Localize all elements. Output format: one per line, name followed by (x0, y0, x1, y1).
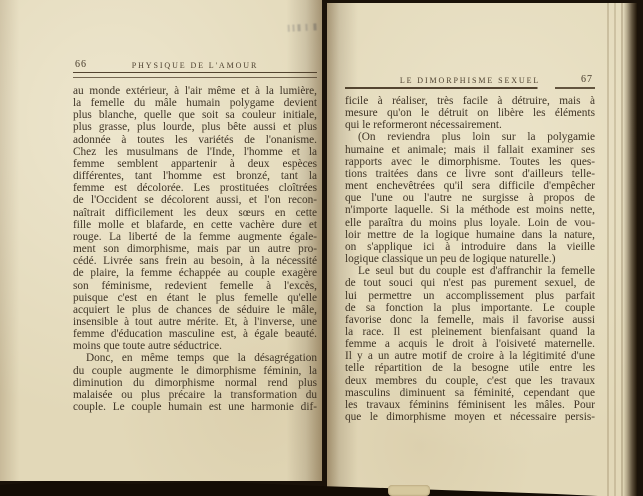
right-header-rule (345, 87, 595, 89)
left-page-header: 66 PHYSIQUE DE L'AMOUR (73, 59, 317, 71)
right-page: LE DIMORPHISME SEXUEL 67 ficile à réalis… (327, 3, 637, 496)
text-line: les travaux féminins féminisent les mâle… (345, 399, 595, 411)
text-line: elle paraîtra du moins plus loyale. Loin… (345, 217, 595, 229)
text-line: favorise donc la femelle, mais il favori… (345, 314, 595, 326)
text-line: son féminisme, redevient femelle à l'exc… (73, 280, 317, 292)
text-line: malaisée ou plus précaire la transformat… (73, 389, 317, 401)
text-line: femme est décolorée. Les prostituées clo… (73, 182, 317, 194)
text-line: rapports avec le dimorphisme. Toutes les… (345, 156, 595, 168)
book-spread: 66 PHYSIQUE DE L'AMOUR au monde extérieu… (0, 0, 643, 496)
left-page-number: 66 (75, 59, 87, 70)
text-line: naîtrait difficilement les deux sœurs en… (73, 207, 317, 219)
text-line: puisque c'est en étant le plus femelle q… (73, 292, 317, 304)
text-line: insensible à tout autre mérite. Et, à l'… (73, 316, 317, 328)
right-page-number: 67 (581, 74, 593, 85)
text-line: de tout souci qui n'est pas purement sex… (345, 277, 595, 289)
text-line: humaine et animale; mais il fallait exam… (345, 144, 595, 156)
text-line: ment enchevêtrées qu'il sera difficile d… (345, 180, 595, 192)
text-line: Chez les musulmans de l'Inde, l'homme et… (73, 146, 317, 158)
text-line: différentes, tant l'homme est bronzé, ta… (73, 170, 317, 182)
text-line: telle répartition de la besogne utile en… (345, 362, 595, 374)
text-line: adonnée à toutes les variétés de l'onani… (73, 134, 317, 146)
text-line: masculins diminuent sa féminité, cependa… (345, 387, 595, 399)
text-line: loir mettre de la logique humaine dans l… (345, 229, 595, 241)
left-running-title: PHYSIQUE DE L'AMOUR (73, 59, 317, 70)
text-line: (On reviendra plus loin sur la polygamie (345, 131, 595, 143)
text-line: Il y a un autre motif de croire à la lég… (345, 350, 595, 362)
text-line: la race. Il est pleinement bienfaisant q… (345, 326, 595, 338)
text-line: femme semblent appartenir à deux espèces (73, 158, 317, 170)
left-header-rule (73, 72, 317, 78)
text-line: Le seul but du couple est d'affranchir l… (345, 265, 595, 277)
left-text-column: au monde extérieur, à l'air même et à la… (73, 85, 317, 413)
text-line: n'importe laquelle. Si la méthode est mo… (345, 204, 595, 216)
text-line: qui le reformeront nécessairement. (345, 119, 595, 131)
text-line: fille molle et blafarde, en cette vachèr… (73, 219, 317, 231)
text-line: que le dimorphisme moyen et nécessaire p… (345, 411, 595, 423)
text-line: du couple augmente le dimorphisme fémini… (73, 365, 317, 377)
text-line: femme a acquis le droit à l'oisiveté mat… (345, 338, 595, 350)
text-line: de plaire, la femme échappée au couple e… (73, 267, 317, 279)
text-line: on s'applique ici à introduire dans la v… (345, 241, 595, 253)
text-line: plus blanche, quelle que soit sa couleur… (73, 109, 317, 121)
text-line: moins que toute autre séductrice. (73, 340, 317, 352)
text-line: la femelle du mâle humain polygame devie… (73, 97, 317, 109)
paper-stain (388, 485, 430, 496)
text-line: mesure qu'on le détruit on libère les él… (345, 107, 595, 119)
text-line: plus grasse, plus lourde, plus bête auss… (73, 121, 317, 133)
text-line: ficile à réaliser, très facile à détruir… (345, 95, 595, 107)
text-line: de sa fonction la plus importante. Le co… (345, 302, 595, 314)
right-page-header: LE DIMORPHISME SEXUEL 67 (345, 74, 595, 86)
text-line: deux membres du couple, c'est que les tr… (345, 375, 595, 387)
text-line: cédé. Livrée sans frein au besoin, à la … (73, 255, 317, 267)
text-line: rouge. La liberté de la femme augmente é… (73, 231, 317, 243)
text-line: acquiert le plus de chances de séduire l… (73, 304, 317, 316)
right-text-column: ficile à réaliser, très facile à détruir… (345, 95, 595, 423)
text-line: de l'Occident se décolorent aussi, et l'… (73, 194, 317, 206)
text-line: au monde extérieur, à l'air même et à la… (73, 85, 317, 97)
page-edge-stripes (601, 3, 637, 496)
text-line: tions traitées dans ce livre sont d'aill… (345, 168, 595, 180)
text-line: ment son dimorphisme, mais par un autre … (73, 243, 317, 255)
text-line: lui permettre un accomplissement plus pa… (345, 290, 595, 302)
right-running-title: LE DIMORPHISME SEXUEL (345, 74, 595, 85)
text-line: femme d'éducation masculine est, à égale… (73, 328, 317, 340)
text-line: diminution du dimorphisme normal rend pl… (73, 377, 317, 389)
text-line: que l'une ou l'autre ne surgisse à propo… (345, 192, 595, 204)
left-page: 66 PHYSIQUE DE L'AMOUR au monde extérieu… (0, 0, 322, 481)
pencil-mark (287, 23, 320, 32)
text-line: logique classique un peu de logique natu… (345, 253, 595, 265)
text-line: couple. Le couple humain est une harmoni… (73, 401, 317, 413)
text-line: Donc, en même temps que la désagrégation (73, 352, 317, 364)
